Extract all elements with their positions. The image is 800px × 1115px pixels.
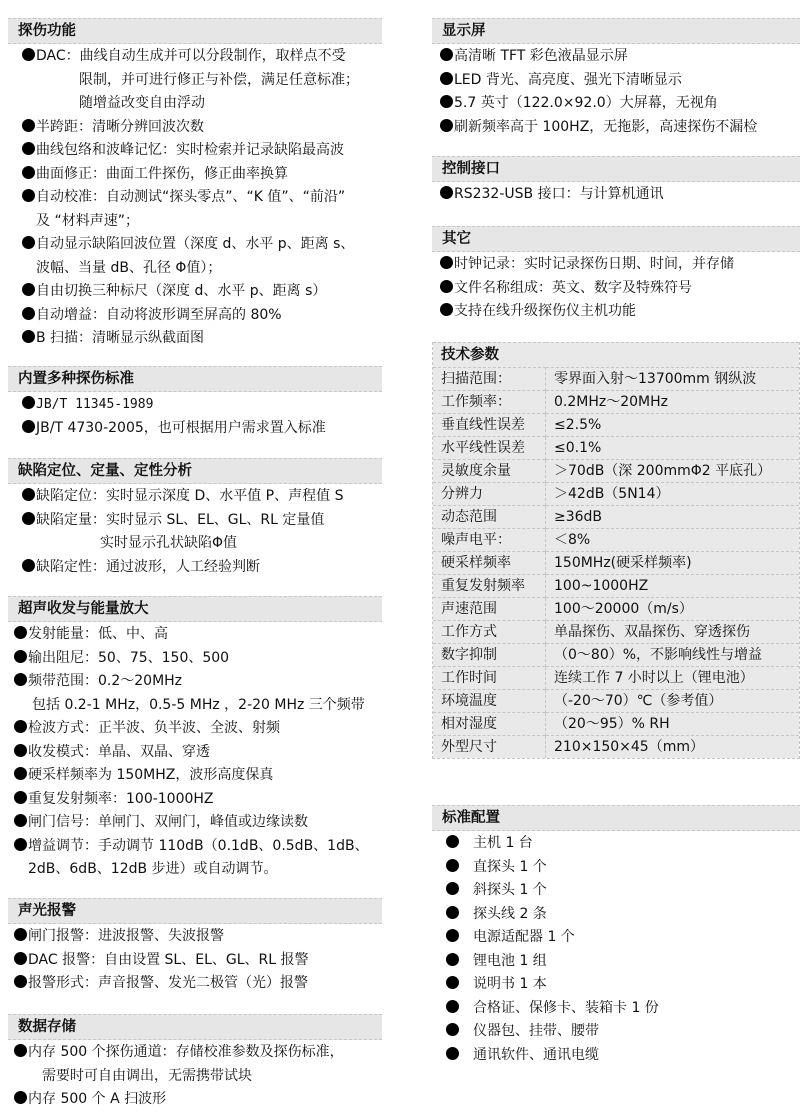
list-item: 刷新频率高于 100HZ，无拖影，高速探伤不漏检 <box>440 116 800 140</box>
list-item: 曲线包络和波峰记忆：实时检索并记录缺陷最高波 <box>22 139 390 163</box>
specs-table: 技术参数 扫描范围：零界面入射～13700mm 钢纵波 工作频率：0.2MHz～… <box>433 342 799 758</box>
item-text: 锂电池 1 组 <box>473 953 547 969</box>
item-text: 内存 500 个 A 扫波形 <box>28 1091 166 1107</box>
spec-key: 水平线性误差 <box>433 437 546 460</box>
item-text: 缺陷定量：实时显示 SL、EL、GL、RL 定量值 <box>36 512 324 528</box>
section-standards: 内置多种探伤标准 JB/T 11345-1989 JB/T 4730-2005，… <box>0 366 390 440</box>
item-text: 硬采样频率为 150MHZ，波形高度保真 <box>28 767 273 783</box>
item-text: 说明书 1 本 <box>473 976 547 992</box>
item-continuation: 限制，并可进行修正与补偿，满足任意标准； <box>22 69 390 93</box>
bullet-icon <box>446 1000 459 1013</box>
spec-key: 工作时间 <box>433 667 546 690</box>
section-title: 声光报警 <box>8 898 382 924</box>
bullet-icon <box>440 256 453 269</box>
list-item: 支持在线升级探伤仪主机功能 <box>440 300 800 324</box>
bullet-icon <box>446 976 459 989</box>
section-alarm: 声光报警 闸门报警：进波报警、失波报警 DAC 报警：自由设置 SL、EL、GL… <box>0 898 390 996</box>
spec-key: 分辨力 <box>433 483 546 506</box>
section-interface: 控制接口 RS232-USB 接口：与计算机通讯 <box>432 156 800 207</box>
table-row: 灵敏度余量＞70dB（深 200mmΦ2 平底孔） <box>433 460 799 483</box>
list-item: 主机 1 台 <box>432 832 800 856</box>
spec-key: 工作频率： <box>433 391 546 414</box>
spec-value: ＞70dB（深 200mmΦ2 平底孔） <box>546 460 800 483</box>
bullet-icon <box>14 838 27 851</box>
spec-key: 噪声电平： <box>433 529 546 552</box>
section-other: 其它 时钟记录：实时记录探伤日期、时间，并存储 文件名称组成：英文、数字及特殊符… <box>432 226 800 324</box>
bullet-icon <box>14 673 27 686</box>
table-row: 工作频率：0.2MHz～20MHz <box>433 391 799 414</box>
table-row: 水平线性误差≤0.1% <box>433 437 799 460</box>
specs-table-wrapper: 技术参数 扫描范围：零界面入射～13700mm 钢纵波 工作频率：0.2MHz～… <box>432 342 800 759</box>
bullet-icon <box>446 1047 459 1060</box>
spec-value: 210×150×45（mm） <box>546 736 800 759</box>
table-row: 重复发射频率100~1000HZ <box>433 575 799 598</box>
section-specs: 技术参数 扫描范围：零界面入射～13700mm 钢纵波 工作频率：0.2MHz～… <box>432 342 800 759</box>
table-row: 环境温度（-20～70）℃（参考值） <box>433 690 799 713</box>
list-item: 自动增益：自动将波形调至屏高的 80% <box>22 304 390 328</box>
bullet-icon <box>446 906 459 919</box>
item-text: 输出阻尼：50、75、150、500 <box>28 650 229 666</box>
item-text: 自动校准：自动测试“探头零点”、“K 值”、“前沿” <box>36 189 345 205</box>
item-text: 仪器包、挂带、腰带 <box>473 1023 599 1039</box>
section-defect-analysis: 缺陷定位、定量、定性分析 缺陷定位：实时显示深度 D、水平值 P、声程值 S 缺… <box>0 458 390 579</box>
spec-key: 灵敏度余量 <box>433 460 546 483</box>
item-text: 5.7 英寸（122.0×92.0）大屏幕，无视角 <box>454 95 718 111</box>
item-text: 内存 500 个探伤通道：存储校准参数及探伤标准， <box>28 1044 344 1060</box>
bullet-icon <box>440 186 453 199</box>
item-text: 频带范围：0.2～20MHz <box>28 673 182 689</box>
bullet-icon <box>22 189 35 202</box>
section-display: 显示屏 高清晰 TFT 彩色液晶显示屏 LED 背光、高亮度、强光下清晰显示 5… <box>432 18 800 139</box>
item-continuation: 包括 0.2-1 MHz，0.5-5 MHz ，2-20 MHz 三个频带 <box>14 694 390 718</box>
bullet-icon <box>22 142 35 155</box>
list-item: 自动显示缺陷回波位置（深度 d、水平 p、距离 s、 <box>22 233 390 257</box>
bullet-icon <box>440 72 453 85</box>
item-list: DAC：曲线自动生成并可以分段制作，取样点不受 限制，并可进行修正与补偿，满足任… <box>0 44 390 351</box>
list-item: 通讯软件、通讯电缆 <box>432 1044 800 1068</box>
bullet-icon <box>440 95 453 108</box>
list-item: 缺陷定位：实时显示深度 D、水平值 P、声程值 S <box>22 485 390 509</box>
list-item: 闸门信号：单闸门、双闸门，峰值或边缘读数 <box>14 811 390 835</box>
bullet-icon <box>22 48 35 61</box>
spec-key: 垂直线性误差 <box>433 414 546 437</box>
item-text: 文件名称组成：英文、数字及特殊符号 <box>454 280 692 296</box>
item-text: 曲面修正：曲面工件探伤，修正曲率换算 <box>36 166 288 182</box>
list-item: LED 背光、高亮度、强光下清晰显示 <box>440 69 800 93</box>
table-row: 声速范围100～20000（m/s） <box>433 598 799 621</box>
item-list: 缺陷定位：实时显示深度 D、水平值 P、声程值 S 缺陷定量：实时显示 SL、E… <box>0 484 390 579</box>
bullet-icon <box>14 791 27 804</box>
list-item: 收发模式：单晶、双晶、穿透 <box>14 741 390 765</box>
spec-value: 零界面入射～13700mm 钢纵波 <box>546 368 800 391</box>
table-row: 噪声电平：＜8% <box>433 529 799 552</box>
section-title: 控制接口 <box>432 156 800 182</box>
spec-key: 动态范围 <box>433 506 546 529</box>
item-list: 闸门报警：进波报警、失波报警 DAC 报警：自由设置 SL、EL、GL、RL 报… <box>0 924 390 996</box>
bullet-icon <box>440 303 453 316</box>
list-item: 缺陷定性：通过波形，人工经验判断 <box>22 556 390 580</box>
bullet-icon <box>22 236 35 249</box>
list-item: 半跨距：清晰分辨回波次数 <box>22 116 390 140</box>
item-text: 发射能量：低、中、高 <box>28 626 168 642</box>
table-row: 工作时间连续工作 7 小时以上（锂电池） <box>433 667 799 690</box>
spec-value: 150MHz(硬采样频率) <box>546 552 800 575</box>
section-title: 显示屏 <box>432 18 800 44</box>
bullet-icon <box>22 307 35 320</box>
bullet-icon <box>22 166 35 179</box>
spec-value: （20～95）% RH <box>546 713 800 736</box>
bullet-icon <box>14 928 27 941</box>
list-item: B 扫描：清晰显示纵截面图 <box>22 327 390 351</box>
list-item: JB/T 11345-1989 <box>22 393 390 417</box>
list-item: DAC：曲线自动生成并可以分段制作，取样点不受 <box>22 45 390 69</box>
spec-key: 环境温度 <box>433 690 546 713</box>
spec-value: （-20～70）℃（参考值） <box>546 690 800 713</box>
item-text: 刷新频率高于 100HZ，无拖影，高速探伤不漏检 <box>454 119 757 135</box>
section-title: 标准配置 <box>432 805 800 831</box>
section-title: 探伤功能 <box>8 18 382 44</box>
bullet-icon <box>22 488 35 501</box>
list-item: 输出阻尼：50、75、150、500 <box>14 647 390 671</box>
item-text: B 扫描：清晰显示纵截面图 <box>36 330 204 346</box>
item-text: 支持在线升级探伤仪主机功能 <box>454 303 636 319</box>
spec-value: ＜8% <box>546 529 800 552</box>
list-item: 时钟记录：实时记录探伤日期、时间，并存储 <box>440 253 800 277</box>
bullet-icon <box>14 744 27 757</box>
table-header-row: 技术参数 <box>433 343 799 368</box>
item-text: 缺陷定性：通过波形，人工经验判断 <box>36 559 260 575</box>
bullet-icon <box>440 119 453 132</box>
item-list: 时钟记录：实时记录探伤日期、时间，并存储 文件名称组成：英文、数字及特殊符号 支… <box>432 252 800 324</box>
bullet-icon <box>446 953 459 966</box>
list-item: 斜探头 1 个 <box>432 879 800 903</box>
spec-value: 单晶探伤、双晶探伤、穿透探伤 <box>546 621 800 644</box>
bullet-icon <box>14 1091 27 1104</box>
bullet-icon <box>22 330 35 343</box>
list-item: 缺陷定量：实时显示 SL、EL、GL、RL 定量值 <box>22 509 390 533</box>
item-text: 时钟记录：实时记录探伤日期、时间，并存储 <box>454 256 734 272</box>
spec-key: 数字抑制 <box>433 644 546 667</box>
bullet-icon <box>446 1023 459 1036</box>
item-text: RS232-USB 接口：与计算机通讯 <box>454 186 664 202</box>
list-item: 合格证、保修卡、装箱卡 1 份 <box>432 997 800 1021</box>
list-item: 仪器包、挂带、腰带 <box>432 1020 800 1044</box>
item-list: 内存 500 个探伤通道：存储校准参数及探伤标准， 需要时可自由调出，无需携带试… <box>0 1040 390 1112</box>
bullet-icon <box>22 420 35 433</box>
item-text: 半跨距：清晰分辨回波次数 <box>36 119 204 135</box>
spec-value: 100～20000（m/s） <box>546 598 800 621</box>
bullet-icon <box>22 512 35 525</box>
spec-value: ＞42dB（5N14） <box>546 483 800 506</box>
bullet-icon <box>446 835 459 848</box>
spec-value: （0～80）%，不影响线性与增益 <box>546 644 800 667</box>
spec-value: ≥36dB <box>546 506 800 529</box>
list-item: 报警形式：声音报警、发光二极管（光）报警 <box>14 972 390 996</box>
bullet-icon <box>440 280 453 293</box>
bullet-icon <box>14 720 27 733</box>
item-continuation: 波幅、当量 dB、孔径 Φ值）； <box>22 257 390 281</box>
spec-value: 连续工作 7 小时以上（锂电池） <box>546 667 800 690</box>
spec-key: 硬采样频率 <box>433 552 546 575</box>
list-item: 直探头 1 个 <box>432 856 800 880</box>
list-item: 内存 500 个探伤通道：存储校准参数及探伤标准， <box>14 1041 390 1065</box>
list-item: 锂电池 1 组 <box>432 950 800 974</box>
item-text: 探头线 2 条 <box>473 906 547 922</box>
item-text: LED 背光、高亮度、强光下清晰显示 <box>454 72 682 88</box>
item-text: 自动显示缺陷回波位置（深度 d、水平 p、距离 s、 <box>36 236 354 252</box>
spec-value: 100~1000HZ <box>546 575 800 598</box>
item-text: 主机 1 台 <box>473 835 533 851</box>
table-row: 硬采样频率150MHz(硬采样频率) <box>433 552 799 575</box>
bullet-icon <box>446 859 459 872</box>
list-item: 5.7 英寸（122.0×92.0）大屏幕，无视角 <box>440 92 800 116</box>
item-text: 增益调节：手动调节 110dB（0.1dB、0.5dB、1dB、 <box>28 838 369 854</box>
list-item: 检波方式：正半波、负半波、全波、射频 <box>14 717 390 741</box>
item-text: 电源适配器 1 个 <box>473 929 575 945</box>
item-continuation: 2dB、6dB、12dB 步进）或自动调节。 <box>14 858 390 882</box>
spec-key: 声速范围 <box>433 598 546 621</box>
bullet-icon <box>14 767 27 780</box>
item-text: 闸门信号：单闸门、双闸门，峰值或边缘读数 <box>28 814 308 830</box>
item-text: JB/T 4730-2005，也可根据用户需求置入标准 <box>36 420 326 436</box>
spec-key: 扫描范围： <box>433 368 546 391</box>
list-item: 闸门报警：进波报警、失波报警 <box>14 925 390 949</box>
list-item: 增益调节：手动调节 110dB（0.1dB、0.5dB、1dB、 <box>14 835 390 859</box>
spec-value: ≤0.1% <box>546 437 800 460</box>
item-text: JB/T 11345-1989 <box>36 397 153 412</box>
section-standard-config: 标准配置 主机 1 台 直探头 1 个 斜探头 1 个 探头线 2 条 电源适配… <box>432 805 800 1067</box>
section-storage: 数据存储 内存 500 个探伤通道：存储校准参数及探伤标准， 需要时可自由调出，… <box>0 1014 390 1112</box>
section-title: 其它 <box>432 226 800 252</box>
item-text: 高清晰 TFT 彩色液晶显示屏 <box>454 48 628 64</box>
spec-value: 0.2MHz～20MHz <box>546 391 800 414</box>
list-item: JB/T 4730-2005，也可根据用户需求置入标准 <box>22 417 390 441</box>
section-flaw-detection: 探伤功能 DAC：曲线自动生成并可以分段制作，取样点不受 限制，并可进行修正与补… <box>0 18 390 351</box>
section-title: 缺陷定位、定量、定性分析 <box>8 458 382 484</box>
item-text: DAC：曲线自动生成并可以分段制作，取样点不受 <box>36 48 346 64</box>
bullet-icon <box>22 559 35 572</box>
item-text: 报警形式：声音报警、发光二极管（光）报警 <box>28 975 308 991</box>
spec-value: ≤2.5% <box>546 414 800 437</box>
list-item: 自动校准：自动测试“探头零点”、“K 值”、“前沿” <box>22 186 390 210</box>
item-text: 自由切换三种标尺（深度 d、水平 p、距离 s） <box>36 283 326 299</box>
section-title: 数据存储 <box>8 1014 382 1040</box>
bullet-icon <box>14 626 27 639</box>
list-item: 重复发射频率：100-1000HZ <box>14 788 390 812</box>
table-row: 工作方式单晶探伤、双晶探伤、穿透探伤 <box>433 621 799 644</box>
item-text: 合格证、保修卡、装箱卡 1 份 <box>473 1000 659 1016</box>
table-row: 垂直线性误差≤2.5% <box>433 414 799 437</box>
bullet-icon <box>22 119 35 132</box>
list-item: 曲面修正：曲面工件探伤，修正曲率换算 <box>22 163 390 187</box>
spec-key: 重复发射频率 <box>433 575 546 598</box>
item-continuation: 实时显示孔状缺陷Φ值 <box>22 532 390 556</box>
item-text: 闸门报警：进波报警、失波报警 <box>28 928 224 944</box>
item-continuation: 随增益改变自由浮动 <box>22 92 390 116</box>
list-item: RS232-USB 接口：与计算机通讯 <box>440 183 800 207</box>
item-text: 直探头 1 个 <box>473 859 547 875</box>
list-item: 说明书 1 本 <box>432 973 800 997</box>
list-item: 内存 500 个 A 扫波形 <box>14 1088 390 1112</box>
list-item: 文件名称组成：英文、数字及特殊符号 <box>440 277 800 301</box>
item-continuation: 及 “材料声速”； <box>22 210 390 234</box>
item-list: 主机 1 台 直探头 1 个 斜探头 1 个 探头线 2 条 电源适配器 1 个… <box>432 831 800 1067</box>
item-text: 重复发射频率：100-1000HZ <box>28 791 214 807</box>
list-item: 电源适配器 1 个 <box>432 926 800 950</box>
bullet-icon <box>14 1044 27 1057</box>
item-text: 自动增益：自动将波形调至屏高的 80% <box>36 307 282 323</box>
item-text: 检波方式：正半波、负半波、全波、射频 <box>28 720 280 736</box>
item-list: RS232-USB 接口：与计算机通讯 <box>432 182 800 207</box>
list-item: 发射能量：低、中、高 <box>14 623 390 647</box>
item-text: 收发模式：单晶、双晶、穿透 <box>28 744 210 760</box>
item-list: JB/T 11345-1989 JB/T 4730-2005，也可根据用户需求置… <box>0 392 390 440</box>
list-item: 频带范围：0.2～20MHz <box>14 670 390 694</box>
list-item: 自由切换三种标尺（深度 d、水平 p、距离 s） <box>22 280 390 304</box>
section-title: 超声收发与能量放大 <box>8 596 382 622</box>
bullet-icon <box>446 929 459 942</box>
item-list: 高清晰 TFT 彩色液晶显示屏 LED 背光、高亮度、强光下清晰显示 5.7 英… <box>432 44 800 139</box>
bullet-icon <box>14 650 27 663</box>
list-item: 硬采样频率为 150MHZ，波形高度保真 <box>14 764 390 788</box>
list-item: 探头线 2 条 <box>432 903 800 927</box>
list-item: 高清晰 TFT 彩色液晶显示屏 <box>440 45 800 69</box>
item-text: 缺陷定位：实时显示深度 D、水平值 P、声程值 S <box>36 488 343 504</box>
item-text: DAC 报警：自由设置 SL、EL、GL、RL 报警 <box>28 952 309 968</box>
item-text: 通讯软件、通讯电缆 <box>473 1047 599 1063</box>
item-text: 斜探头 1 个 <box>473 882 547 898</box>
section-title: 内置多种探伤标准 <box>8 366 382 392</box>
spec-key: 外型尺寸 <box>433 736 546 759</box>
table-row: 动态范围≥36dB <box>433 506 799 529</box>
bullet-icon <box>14 975 27 988</box>
table-title: 技术参数 <box>433 343 799 368</box>
bullet-icon <box>14 952 27 965</box>
bullet-icon <box>446 882 459 895</box>
bullet-icon <box>440 48 453 61</box>
item-continuation: 需要时可自由调出，无需携带试块 <box>14 1065 390 1089</box>
item-list: 发射能量：低、中、高 输出阻尼：50、75、150、500 频带范围：0.2～2… <box>0 622 390 882</box>
bullet-icon <box>22 396 35 409</box>
table-row: 外型尺寸210×150×45（mm） <box>433 736 799 759</box>
table-row: 分辨力＞42dB（5N14） <box>433 483 799 506</box>
spec-key: 相对湿度 <box>433 713 546 736</box>
spec-key: 工作方式 <box>433 621 546 644</box>
table-row: 数字抑制（0～80）%，不影响线性与增益 <box>433 644 799 667</box>
list-item: DAC 报警：自由设置 SL、EL、GL、RL 报警 <box>14 949 390 973</box>
bullet-icon <box>22 283 35 296</box>
table-row: 相对湿度（20～95）% RH <box>433 713 799 736</box>
bullet-icon <box>14 814 27 827</box>
item-text: 曲线包络和波峰记忆：实时检索并记录缺陷最高波 <box>36 142 344 158</box>
table-row: 扫描范围：零界面入射～13700mm 钢纵波 <box>433 368 799 391</box>
section-ultrasonic: 超声收发与能量放大 发射能量：低、中、高 输出阻尼：50、75、150、500 … <box>0 596 390 882</box>
